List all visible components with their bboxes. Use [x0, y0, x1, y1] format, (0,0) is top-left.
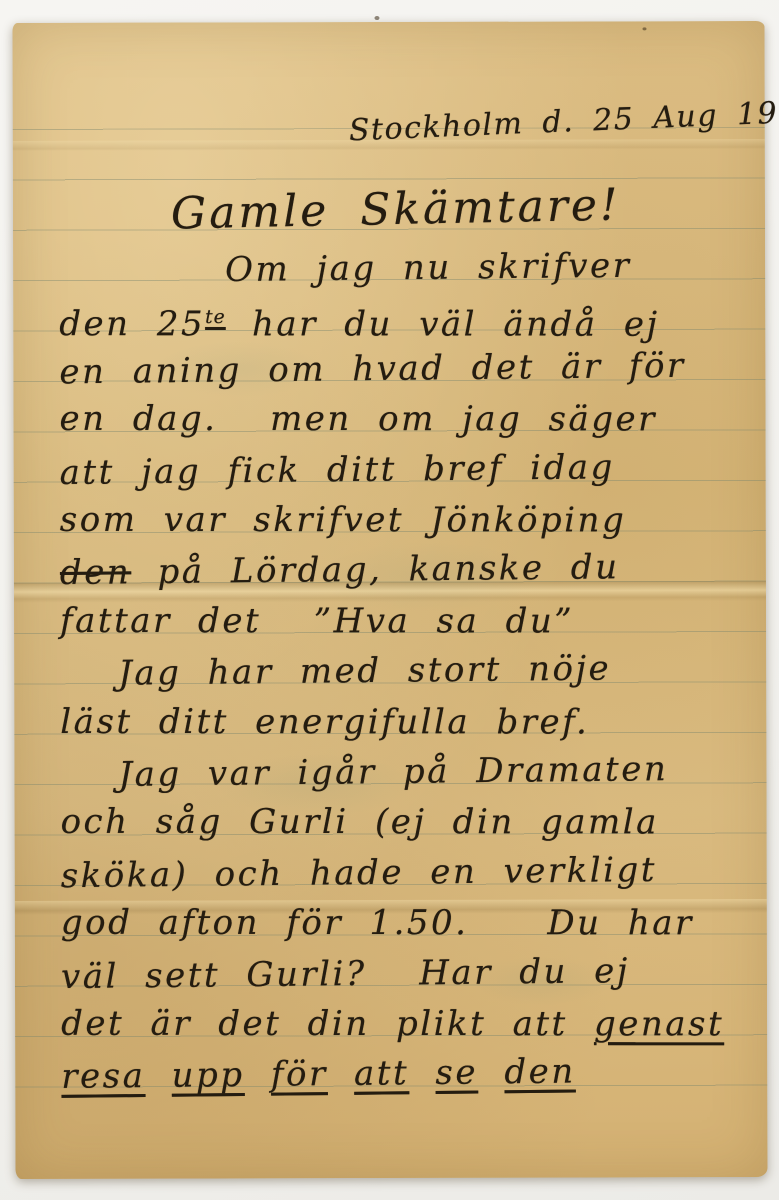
word-run: [478, 1053, 505, 1093]
handwriting-line: en dag. men om jag säger: [60, 395, 657, 444]
word-run: [145, 1056, 172, 1096]
word-run: en dag. men om jag säger: [60, 399, 657, 440]
scan-background: Stockholm d. 25 Aug 1901. Gamle Skämtare…: [0, 0, 779, 1200]
word-run: [409, 1053, 436, 1093]
underlined-word: resa: [61, 1056, 146, 1097]
letter-salutation: Gamle Skämtare!: [171, 181, 622, 238]
letter-paper: Stockholm d. 25 Aug 1901. Gamle Skämtare…: [12, 21, 767, 1179]
handwriting-line: god afton för 1.50. Du har: [61, 899, 694, 948]
underlined-word: genast: [594, 1004, 724, 1044]
word-run: och såg Gurli (ej din gamla: [61, 802, 659, 843]
handwriting-line: fattar det ”Hva sa du”: [60, 597, 574, 645]
underlined-word: att: [354, 1054, 410, 1095]
paper-speck: [643, 27, 647, 30]
handwriting-line: Jag var igår på Dramaten: [118, 745, 668, 799]
word-run: det är det din plikt att: [61, 1004, 594, 1044]
handwriting-line: läst ditt energifulla bref.: [60, 698, 589, 746]
handwriting-line: väl sett Gurli? Har du ej: [61, 947, 630, 1001]
handwriting-line: den på Lördag, kanske du: [60, 544, 620, 598]
underlined-word: den: [504, 1052, 576, 1093]
word-run: Jag har med stort nöje: [118, 649, 611, 694]
handwriting-line: resa upp för att se den: [61, 1048, 576, 1101]
letter-body: Om jag nu skrifverden 25te har du väl än…: [12, 21, 764, 23]
word-run: har du väl ändå ej: [226, 305, 660, 345]
word-run: [328, 1054, 355, 1094]
handwriting-line: att jag fick ditt bref idag: [59, 443, 615, 497]
underlined-word: te: [205, 307, 226, 328]
word-run: att jag fick ditt bref idag: [59, 447, 615, 493]
word-run: [244, 1055, 271, 1095]
word-run: sköka) och hade en verkligt: [61, 850, 658, 896]
word-run: som var skrifvet Jönköping: [60, 500, 626, 540]
word-run: god afton för 1.50. Du har: [61, 903, 694, 944]
word-run: den 25: [59, 305, 205, 345]
handwriting-line: Jag har med stort nöje: [118, 645, 611, 698]
word-run: Jag var igår på Dramaten: [118, 749, 668, 795]
word-run: Om jag nu skrifver: [225, 246, 632, 290]
handwriting-line: en aning om hvad det är för: [59, 342, 686, 397]
handwriting-line: den 25te har du väl ändå ej: [59, 294, 659, 349]
word-run: en aning om hvad det är för: [59, 346, 686, 393]
letter-place-date: Stockholm d. 25 Aug 1901.: [348, 88, 779, 156]
underlined-word: för: [271, 1054, 328, 1095]
handwriting-line: sköka) och hade en verkligt: [60, 846, 657, 900]
handwriting-line: det är det din plikt att genast: [61, 1000, 724, 1049]
word-run: läst ditt energifulla bref.: [60, 702, 589, 742]
word-run: på Lördag, kanske du: [131, 548, 620, 593]
paper-speck: [374, 16, 379, 20]
word-run: väl sett Gurli? Har du ej: [61, 951, 630, 997]
handwriting-line: och såg Gurli (ej din gamla: [61, 798, 659, 847]
handwriting-line: som var skrifvet Jönköping: [60, 496, 626, 544]
handwriting-line: Om jag nu skrifver: [225, 242, 632, 294]
word-run: fattar det ”Hva sa du”: [60, 601, 574, 641]
underlined-word: se: [435, 1053, 478, 1093]
struck-word: den: [60, 553, 132, 594]
underlined-word: upp: [171, 1055, 244, 1096]
